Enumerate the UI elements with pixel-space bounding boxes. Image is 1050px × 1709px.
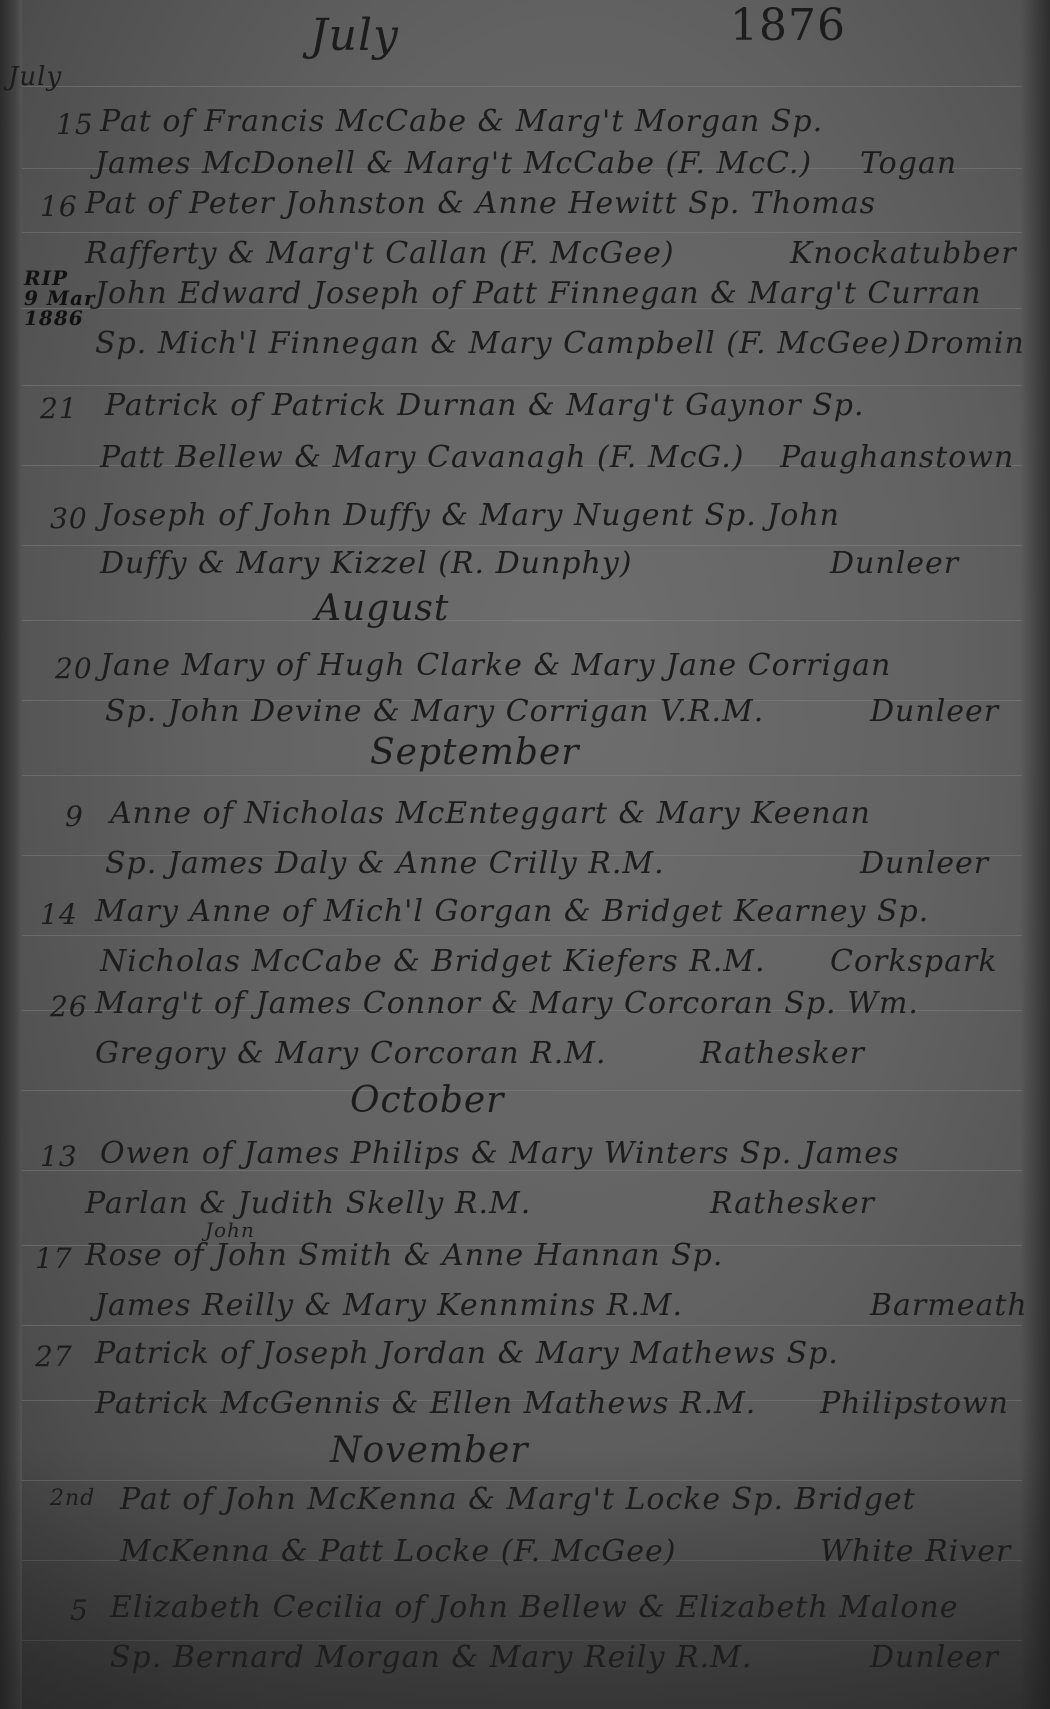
entry-line: James McDonell & Marg't McCabe (F. McC.) — [95, 146, 812, 181]
entry-line: Duffy & Mary Kizzel (R. Dunphy) — [100, 546, 632, 581]
entry-place: Dunleer — [830, 546, 959, 581]
entry-date: 16 — [40, 190, 78, 223]
ruled-line — [22, 1090, 1022, 1091]
entry-place: Dunleer — [860, 846, 989, 881]
entry-line: Jane Mary of Hugh Clarke & Mary Jane Cor… — [100, 648, 891, 683]
entry-line: Rafferty & Marg't Callan (F. McGee) — [85, 236, 675, 271]
ruled-line — [22, 86, 1022, 87]
entry-line: Patrick of Patrick Durnan & Marg't Gayno… — [105, 388, 865, 423]
margin-month: July — [8, 62, 62, 92]
register-page: July 1876 July RIP 9 Mar 1886 15 Pat of … — [0, 0, 1050, 1709]
entry-date: 17 — [35, 1242, 73, 1275]
entry-line: Sp. James Daly & Anne Crilly R.M. — [105, 846, 665, 881]
entry-line: Pat of Peter Johnston & Anne Hewitt Sp. … — [85, 186, 876, 221]
entry-place: Togan — [860, 146, 957, 181]
header-year: 1876 — [730, 0, 846, 51]
entry-date: 26 — [50, 990, 88, 1023]
entry-line: Mary Anne of Mich'l Gorgan & Bridget Kea… — [95, 894, 929, 929]
entry-date: 27 — [35, 1340, 73, 1373]
entry-place: Dunleer — [870, 694, 999, 729]
ruled-line — [22, 385, 1022, 386]
ruled-line — [22, 232, 1022, 233]
entry-place: Dromin — [905, 326, 1025, 361]
ruled-line — [22, 1325, 1022, 1326]
margin-note-line2: 9 Mar — [24, 288, 96, 308]
month-heading-october: October — [350, 1080, 504, 1121]
ruled-line — [22, 620, 1022, 621]
entry-date: 9 — [65, 800, 84, 833]
entry-line: John Edward Joseph of Patt Finnegan & Ma… — [95, 276, 982, 311]
entry-place: Corkspark — [830, 944, 998, 979]
entry-place: Philipstown — [820, 1386, 1009, 1421]
month-heading-september: September — [370, 732, 579, 773]
header-month: July — [310, 10, 399, 61]
entry-place: Rathesker — [700, 1036, 865, 1071]
entry-line: Patt Bellew & Mary Cavanagh (F. McG.) — [100, 440, 745, 475]
entry-date: 13 — [40, 1140, 78, 1173]
entry-date: 21 — [40, 392, 78, 425]
entry-line: Sp. Mich'l Finnegan & Mary Campbell (F. … — [95, 326, 902, 361]
ruled-line — [22, 775, 1022, 776]
entry-line: Anne of Nicholas McEnteggart & Mary Keen… — [110, 796, 871, 831]
entry-line: Gregory & Mary Corcoran R.M. — [95, 1036, 607, 1071]
entry-line: James Reilly & Mary Kennmins R.M. — [95, 1288, 683, 1323]
entry-line: Parlan & Judith Skelly R.M. — [85, 1186, 531, 1221]
margin-note-line1: RIP — [24, 268, 96, 288]
entry-line: Rose of John Smith & Anne Hannan Sp. — [85, 1238, 723, 1273]
margin-note-line3: 1886 — [24, 308, 96, 328]
month-heading-august: August — [315, 588, 449, 629]
entry-date: 15 — [56, 108, 94, 141]
entry-line: Sp. John Devine & Mary Corrigan V.R.M. — [105, 694, 764, 729]
margin-note-rip: RIP 9 Mar 1886 — [24, 268, 96, 328]
entry-line: Owen of James Philips & Mary Winters Sp.… — [100, 1136, 899, 1171]
entry-place: Knockatubber — [790, 236, 1017, 271]
entry-date: 20 — [55, 652, 93, 685]
entry-place: Rathesker — [710, 1186, 875, 1221]
entry-line: Nicholas McCabe & Bridget Kiefers R.M. — [100, 944, 766, 979]
entry-date: 14 — [40, 898, 78, 931]
entry-line: Joseph of John Duffy & Mary Nugent Sp. J… — [100, 498, 840, 533]
entry-line: Pat of Francis McCabe & Marg't Morgan Sp… — [100, 104, 823, 139]
entry-date: 30 — [50, 502, 88, 535]
entry-line: Patrick of Joseph Jordan & Mary Mathews … — [95, 1336, 839, 1371]
entry-place: Paughanstown — [780, 440, 1014, 475]
ruled-line — [22, 935, 1022, 936]
entry-place: Barmeath — [870, 1288, 1028, 1323]
entry-line: Marg't of James Connor & Mary Corcoran S… — [95, 986, 919, 1021]
entry-line: Patrick McGennis & Ellen Mathews R.M. — [95, 1386, 756, 1421]
page-bottom-shadow — [0, 1449, 1050, 1709]
